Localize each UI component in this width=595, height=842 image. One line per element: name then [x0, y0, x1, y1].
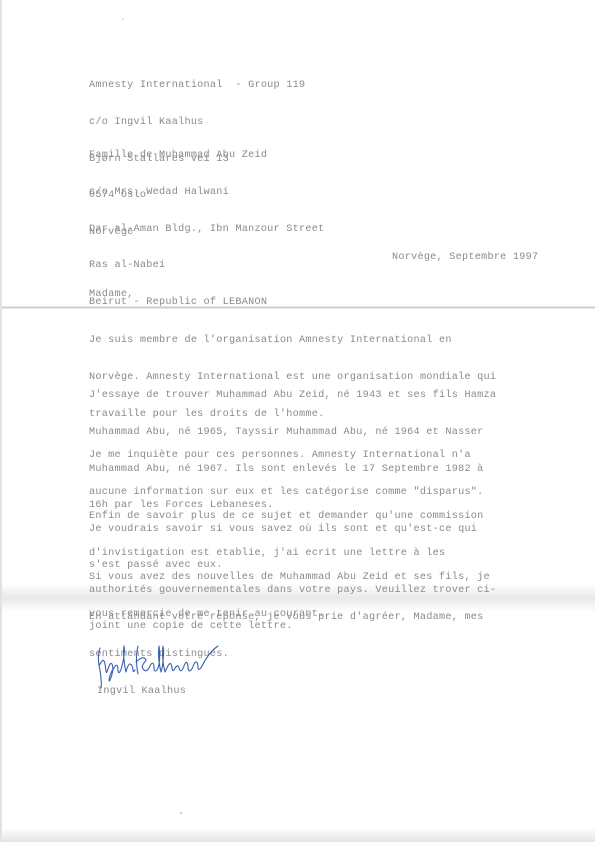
paper-speck: [122, 18, 124, 20]
signatory-name: Ingvil Kaalhus: [97, 686, 186, 697]
paragraph-line: Enfin de savoir plus de ce sujet et dema…: [89, 511, 496, 523]
recipient-line: Ras al-Nabei: [89, 260, 324, 272]
salutation: Madame,: [89, 289, 134, 301]
paragraph-line: Je me inquiète pour ces personnes. Amnes…: [89, 450, 484, 462]
recipient-line: Famille de Muhammad Abu Zeid: [89, 150, 324, 162]
signature-icon: [94, 640, 254, 690]
paragraph-line: J'essaye de trouver Muhammad Abu Zeid, n…: [89, 390, 496, 402]
letter-page: Amnesty International - Group 119 c/o In…: [0, 0, 595, 842]
paragraph-line: En attandant votre reponse, je vous prie…: [89, 612, 484, 624]
page-bottom-shadow: [2, 828, 595, 842]
recipient-address: Famille de Muhammad Abu Zeid c/o Mrs. We…: [89, 126, 324, 333]
dateline: Norvège, Septembre 1997: [392, 252, 538, 263]
recipient-line: c/o Mrs. Wedad Halwani: [89, 187, 324, 199]
paper-speck: [180, 812, 182, 814]
recipient-line: Dar al-Aman Bldg., Ibn Manzour Street: [89, 224, 324, 236]
paragraph-line: Si vous avez des nouvelles de Muhammad A…: [89, 572, 490, 584]
paragraph-line: Je suis membre de l'organisation Amnesty…: [89, 335, 496, 347]
sender-line: Amnesty International - Group 119: [89, 80, 305, 92]
